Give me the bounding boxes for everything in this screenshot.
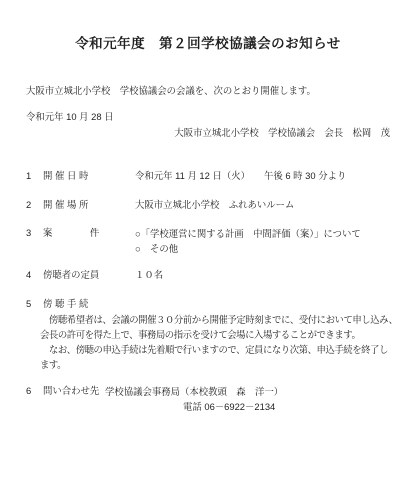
issue-date: 令和元年 10 月 28 日: [26, 110, 390, 123]
item-row-venue: 2 開 催 場 所 大阪市立城北小学校 ふれあいルーム: [26, 198, 390, 212]
item-label-procedure: 傍 聴 手 続: [43, 297, 135, 311]
agenda-line-1: ○「学校運営に関する計画 中間評価（案）」について: [135, 226, 390, 241]
item-row-agenda: 3 案 件 ○「学校運営に関する計画 中間評価（案）」について ○ その他: [26, 226, 390, 256]
item-row-capacity: 4 傍聴者の定員 １０名: [26, 268, 390, 282]
signature-line: 大阪市立城北小学校 学校協議会 会長 松岡 茂: [26, 126, 390, 139]
item-number: 5: [26, 297, 43, 311]
item-label-venue: 開 催 場 所: [43, 198, 135, 212]
item-row-datetime: 1 開 催 日 時 令和元年 11 月 12 日（火） 午後 6 時 30 分よ…: [26, 169, 390, 183]
item-value-datetime: 令和元年 11 月 12 日（火） 午後 6 時 30 分より: [135, 169, 390, 183]
intro-text: 大阪市立城北小学校 学校協議会の会議を、次のとおり開催します。: [26, 84, 390, 97]
contact-phone: 電話 06－6922－2134: [105, 399, 390, 414]
item-list: 1 開 催 日 時 令和元年 11 月 12 日（火） 午後 6 時 30 分よ…: [26, 169, 390, 414]
item-label-datetime: 開 催 日 時: [43, 169, 135, 183]
procedure-line-1: 傍聴希望者は、会議の開催３０分前から開催予定時刻までに、受付において申し込み、: [40, 312, 390, 327]
item-number: 4: [26, 268, 43, 282]
item-label-agenda: 案 件: [43, 226, 135, 256]
item-number: 1: [26, 169, 43, 183]
item-value-agenda: ○「学校運営に関する計画 中間評価（案）」について ○ その他: [135, 226, 390, 256]
item-value-contact: 学校協議会事務局（本校教頭 森 洋一） 電話 06－6922－2134: [105, 384, 390, 414]
item-number: 6: [26, 384, 43, 414]
item-label-capacity: 傍聴者の定員: [43, 268, 135, 282]
contact-office: 学校協議会事務局（本校教頭 森 洋一）: [105, 384, 390, 399]
item-number: 3: [26, 226, 43, 256]
item-value-capacity: １０名: [135, 268, 390, 282]
procedure-line-3: なお、傍聴の申込手続は先着順で行いますので、定員になり次第、申込手続を終了し: [40, 342, 390, 357]
item-label-contact: 問い合わせ先: [43, 384, 105, 414]
item-row-contact: 6 問い合わせ先 学校協議会事務局（本校教頭 森 洋一） 電話 06－6922－…: [26, 384, 390, 414]
item-row-procedure: 5 傍 聴 手 続: [26, 297, 390, 311]
item-number: 2: [26, 198, 43, 212]
procedure-paragraph: 傍聴希望者は、会議の開催３０分前から開催予定時刻までに、受付において申し込み、 …: [40, 312, 390, 372]
document-page: 令和元年度 第２回学校協議会のお知らせ 大阪市立城北小学校 学校協議会の会議を、…: [0, 0, 412, 487]
document-title: 令和元年度 第２回学校協議会のお知らせ: [26, 37, 390, 51]
agenda-line-2: ○ その他: [135, 241, 390, 256]
procedure-line-2: 会長の許可を得た上で、事務局の指示を受けて会場に入場することができます。: [40, 327, 390, 342]
procedure-line-4: ます。: [40, 357, 390, 372]
item-value-venue: 大阪市立城北小学校 ふれあいルーム: [135, 198, 390, 212]
